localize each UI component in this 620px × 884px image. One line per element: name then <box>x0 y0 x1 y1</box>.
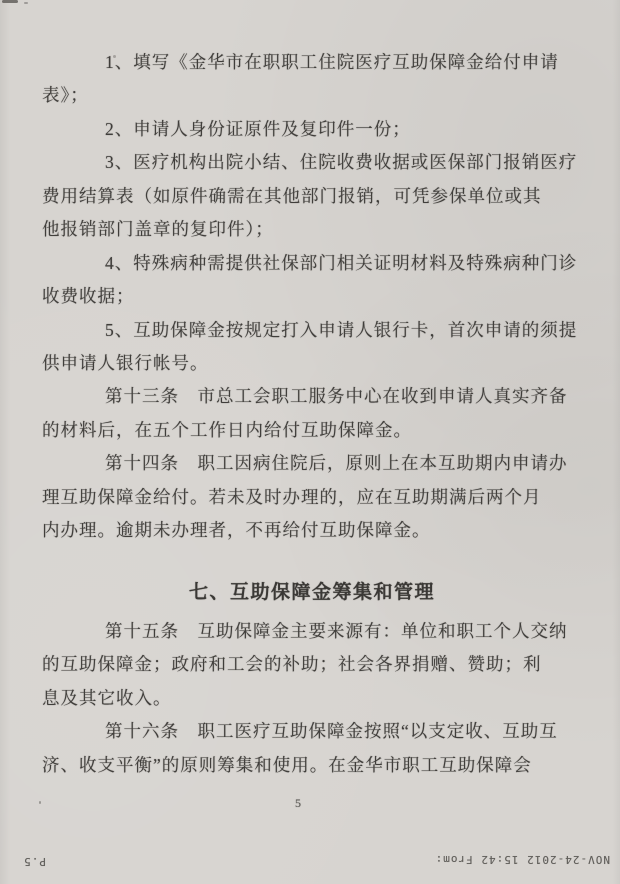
body-line: 第十五条 互助保障金主要来源有：单位和职工个人交纳 <box>42 615 582 648</box>
body-line: 第十六条 职工医疗互助保障金按照“以支定收、互助互 <box>42 715 582 748</box>
body-line: 的互助保障金；政府和工会的补助；社会各界捐赠、赞助；利 <box>42 648 582 681</box>
body-line: 济、收支平衡”的原则筹集和使用。在金华市职工互助保障会 <box>42 749 582 782</box>
body-line: 的材料后，在五个工作日内给付互助保障金。 <box>42 414 582 447</box>
page-number: 5 <box>288 796 308 811</box>
scan-artifact <box>39 801 41 804</box>
body-line: 1、填写《金华市在职职工住院医疗互助保障金给付申请 <box>42 46 582 79</box>
scanned-document-page: 1、填写《金华市在职职工住院医疗互助保障金给付申请 表》； 2、申请人身份证原件… <box>0 0 620 884</box>
document-body: 1、填写《金华市在职职工住院医疗互助保障金给付申请 表》； 2、申请人身份证原件… <box>42 46 582 782</box>
scan-artifact <box>2 0 18 3</box>
body-line: 费用结算表（如原件确需在其他部门报销，可凭参保单位或其 <box>42 180 582 213</box>
body-line: 收费收据； <box>42 280 582 313</box>
body-line: 5、互助保障金按规定打入申请人银行卡，首次申请的须提 <box>42 314 582 347</box>
body-line: 第十三条 市总工会职工服务中心在收到申请人真实齐备 <box>42 380 582 413</box>
scan-artifact <box>24 2 28 4</box>
body-line: 4、特殊病种需提供社保部门相关证明材料及特殊病种门诊 <box>42 247 582 280</box>
fax-page-label: P.5 <box>10 855 46 868</box>
section-heading: 七、互助保障金筹集和管理 <box>42 576 582 609</box>
fax-header-timestamp: NOV-24-2012 15:42 From: <box>450 853 610 866</box>
body-line: 第十四条 职工因病住院后，原则上在本互助期内申请办 <box>42 447 582 480</box>
body-line: 供申请人银行帐号。 <box>42 347 582 380</box>
body-line: 息及其它收入。 <box>42 682 582 715</box>
body-line: 内办理。逾期未办理者，不再给付互助保障金。 <box>42 514 582 547</box>
body-line: 他报销部门盖章的复印件）； <box>42 213 582 246</box>
body-line: 2、申请人身份证原件及复印件一份； <box>42 113 582 146</box>
body-line: 3、医疗机构出院小结、住院收费收据或医保部门报销医疗 <box>42 146 582 179</box>
body-line: 理互助保障金给付。若未及时办理的，应在互助期满后两个月 <box>42 481 582 514</box>
body-line: 表》； <box>42 79 582 112</box>
